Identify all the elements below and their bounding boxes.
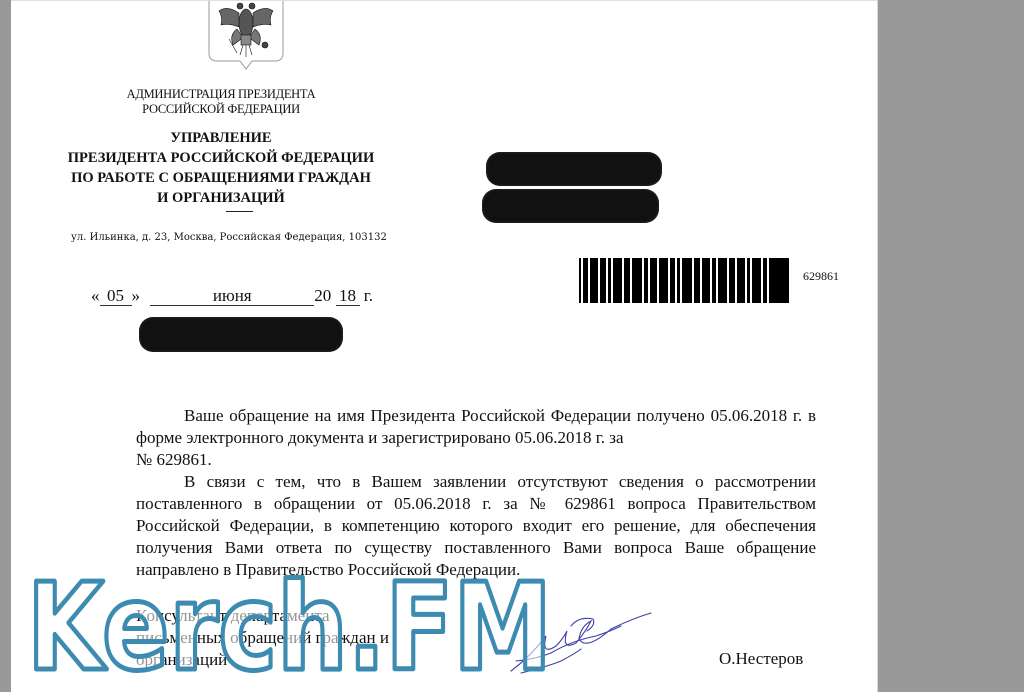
paragraph-2: В связи с тем, что в Вашем заявлении отс… [136,471,816,581]
dept-line-4: И ОРГАНИЗАЦИЙ [51,188,391,208]
document-date: «05» июня20 18 г. [91,286,373,306]
redacted-recipient-line-2 [482,189,659,223]
signatory-title-line-3: организаций [136,649,389,671]
administration-header: АДМИНИСТРАЦИЯ ПРЕЗИДЕНТА РОССИЙСКОЙ ФЕДЕ… [71,87,371,117]
signatory-name: О.Нестеров [719,649,803,669]
dept-line-3: ПО РАБОТЕ С ОБРАЩЕНИЯМИ ГРАЖДАН [51,168,391,188]
barcode-number: 629861 [803,269,839,284]
signatory-title: Консультант департамента письменных обра… [136,605,389,671]
admin-line-2: РОССИЙСКОЙ ФЕДЕРАЦИИ [71,102,371,117]
paragraph-1: Ваше обращение на имя Президента Российс… [136,405,816,449]
date-open-quote: « [91,286,100,305]
date-year: 18 [336,287,360,306]
barcode [579,258,789,303]
date-day: 05 [100,287,132,306]
dept-line-2: ПРЕЗИДЕНТА РОССИЙСКОЙ ФЕДЕРАЦИИ [51,148,391,168]
letter-body: Ваше обращение на имя Президента Российс… [136,405,816,581]
department-header: УПРАВЛЕНИЕ ПРЕЗИДЕНТА РОССИЙСКОЙ ФЕДЕРАЦ… [51,128,391,208]
header-divider [226,211,253,212]
signatory-title-line-2: письменных обращений граждан и [136,627,389,649]
signatory-title-line-1: Консультант департамента [136,605,389,627]
date-century: 20 [314,286,331,305]
date-month: июня [150,287,314,306]
redacted-recipient-line-1 [486,152,662,186]
russian-coat-of-arms-icon [207,1,285,71]
handwritten-signature [501,601,661,676]
dept-line-1: УПРАВЛЕНИЕ [51,128,391,148]
document-page: АДМИНИСТРАЦИЯ ПРЕЗИДЕНТА РОССИЙСКОЙ ФЕДЕ… [11,0,878,692]
date-close-quote: » [132,286,141,305]
paragraph-1-end: № 629861. [136,449,816,471]
admin-line-1: АДМИНИСТРАЦИЯ ПРЕЗИДЕНТА [71,87,371,102]
address: ул. Ильинка, д. 23, Москва, Российская Ф… [71,232,421,243]
date-suffix: г. [364,286,373,305]
redacted-outgoing-number [139,317,343,352]
